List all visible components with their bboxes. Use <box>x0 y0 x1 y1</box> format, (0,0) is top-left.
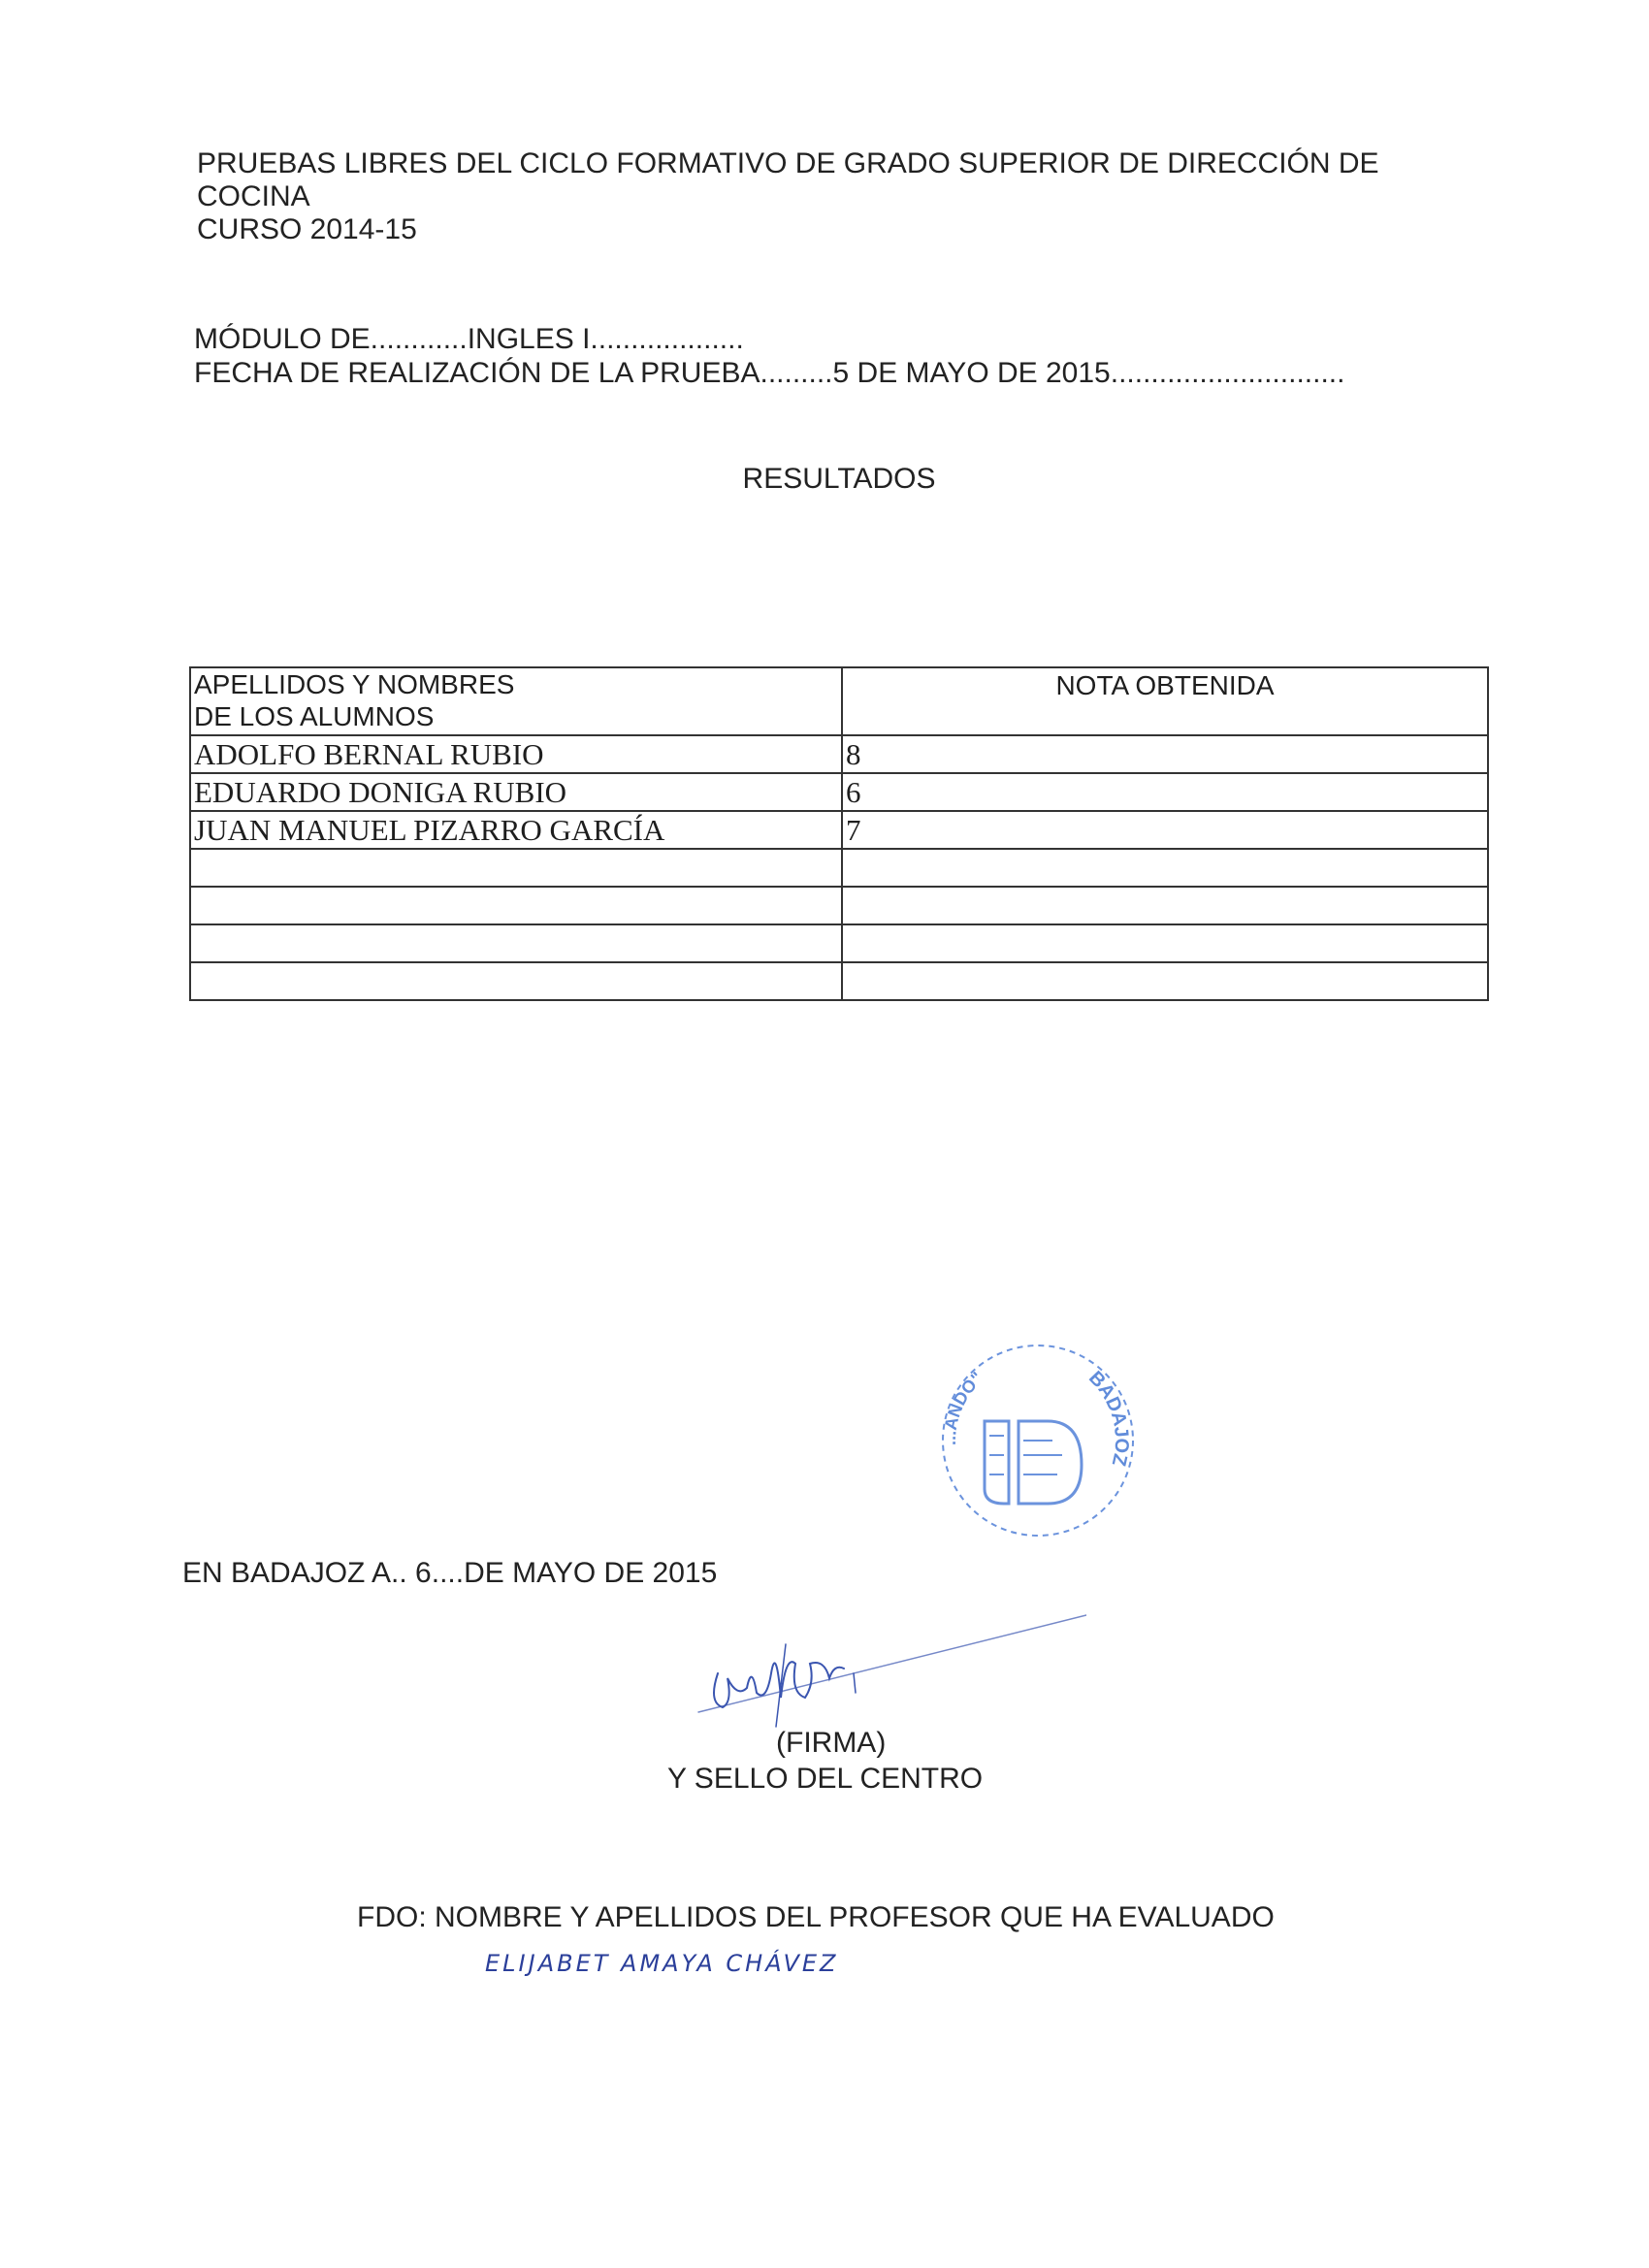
signature-icon <box>679 1605 1086 1741</box>
student-grade <box>842 962 1488 1000</box>
results-heading: RESULTADOS <box>0 463 1649 496</box>
signature-label: (FIRMA) <box>776 1727 886 1760</box>
student-name <box>190 849 842 887</box>
school-seal-label: Y SELLO DEL CENTRO <box>667 1763 983 1796</box>
table-row: JUAN MANUEL PIZARRO GARCÍA 7 <box>190 811 1488 849</box>
svg-text:BADAJOZ: BADAJOZ <box>1084 1367 1132 1468</box>
table-row <box>190 962 1488 1000</box>
student-grade <box>842 887 1488 924</box>
student-name <box>190 962 842 1000</box>
evaluator-name-handwritten: ELIJABET AMAYA CHÁVEZ <box>485 1950 838 1977</box>
place-and-date: EN BADAJOZ A.. 6....DE MAYO DE 2015 <box>182 1557 717 1590</box>
student-grade <box>842 849 1488 887</box>
svg-text:...ANDO": ...ANDO" <box>940 1368 986 1445</box>
student-grade <box>842 924 1488 962</box>
student-grade: 8 <box>842 735 1488 773</box>
module-line: MÓDULO DE............INGLES I...........… <box>194 323 744 356</box>
student-grade: 6 <box>842 773 1488 811</box>
document-title: PRUEBAS LIBRES DEL CICLO FORMATIVO DE GR… <box>197 147 1458 246</box>
title-line-2: COCINA <box>197 180 1458 213</box>
header-student-names: APELLIDOS Y NOMBRES DE LOS ALUMNOS <box>190 667 842 735</box>
student-name: JUAN MANUEL PIZARRO GARCÍA <box>190 811 842 849</box>
student-name <box>190 887 842 924</box>
results-table: APELLIDOS Y NOMBRES DE LOS ALUMNOS NOTA … <box>189 666 1489 1001</box>
title-line-3: CURSO 2014-15 <box>197 213 1458 246</box>
header-grade: NOTA OBTENIDA <box>842 667 1488 735</box>
table-row <box>190 849 1488 887</box>
title-line-1: PRUEBAS LIBRES DEL CICLO FORMATIVO DE GR… <box>197 147 1458 180</box>
student-grade: 7 <box>842 811 1488 849</box>
table-row: ADOLFO BERNAL RUBIO 8 <box>190 735 1488 773</box>
table-row: EDUARDO DONIGA RUBIO 6 <box>190 773 1488 811</box>
student-name: ADOLFO BERNAL RUBIO <box>190 735 842 773</box>
table-row <box>190 924 1488 962</box>
student-name <box>190 924 842 962</box>
evaluator-label: FDO: NOMBRE Y APELLIDOS DEL PROFESOR QUE… <box>357 1901 1275 1934</box>
table-row <box>190 887 1488 924</box>
exam-date-line: FECHA DE REALIZACIÓN DE LA PRUEBA.......… <box>194 357 1344 390</box>
table-header-row: APELLIDOS Y NOMBRES DE LOS ALUMNOS NOTA … <box>190 667 1488 735</box>
school-seal-stamp-icon: ...ANDO" BADAJOZ <box>926 1329 1140 1542</box>
student-name: EDUARDO DONIGA RUBIO <box>190 773 842 811</box>
